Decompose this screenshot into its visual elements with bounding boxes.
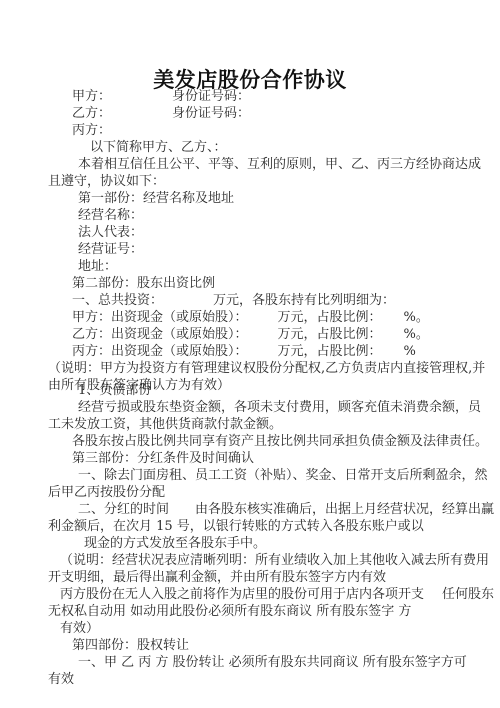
total-investment-unit: 万元，各股东持有比列明细为：: [213, 293, 395, 308]
part1-heading: 第一部份：经营名称及地址: [78, 191, 234, 207]
part3-item2-line-1: 二、分红的时间由各股东核实准确后，出据上月经营状况，经算出赢: [78, 502, 494, 518]
party-yi-id-label: 身份证号码：: [172, 106, 250, 122]
yi-contribution-label: 乙方：出资现金（或原始股）：: [72, 327, 248, 342]
liability-line-3: 各股东按占股比例共同享有资产且按比例共同承担负债金额及法律责任。: [72, 434, 488, 450]
part4-heading: 第四部份：股权转让: [72, 638, 189, 654]
address-label: 地址：: [78, 259, 117, 275]
part3-note-line-1: （说明：经营状况表应清晰列明：所有业绩收入加上其他收入减去所有费用: [60, 553, 489, 569]
part3-item1-line-1: 一、除去门面房租、员工工资（补贴）、奖金、日常开支后所剩盈余，然: [78, 468, 488, 484]
jia-percent: %。: [404, 310, 429, 325]
liability-heading: 1、负债部份: [78, 383, 151, 399]
total-investment-label: 一、总共投资：: [72, 293, 163, 308]
party-jia-id-label: 身份证号码：: [172, 89, 250, 105]
bing-contribution-line: 丙方：出资现金（或原始股）：万元，占股比例：%: [72, 344, 416, 360]
part3-item2-line-3: 现金的方式发放至各股东手中。: [84, 536, 266, 552]
part4-item1-line-2: 有效: [48, 672, 74, 688]
part3-note-line-3: 丙方股份在无人入股之前将作为店里的股份可用于店内各项开支任何股东: [60, 587, 494, 603]
part2-note-line-1: （说明：甲方为投资方有管理建议权股份分配权,乙方负责店内直接管理权,并: [48, 361, 485, 377]
yi-percent: %。: [404, 327, 429, 342]
party-bing-label: 丙方：: [72, 123, 111, 139]
part3-note-line-2: 开支明细，最后得出赢利金额，并由所有股东签字方内有效: [48, 570, 386, 586]
part3-item1-line-2: 后甲乙丙按股份分配: [48, 485, 165, 501]
party-yi-label: 乙方：: [72, 106, 111, 122]
part3-note-line-4: 无权私自动用 如动用此股份必须所有股东商议 所有股东签字 方: [48, 604, 411, 620]
liability-line-2: 工未发放工资，其他供货商款付款金额。: [48, 417, 282, 433]
jia-contribution-label: 甲方：出资现金（或原始股）：: [72, 310, 248, 325]
dividend-time-text: 由各股东核实准确后，出据上月经营状况，经算出赢: [195, 502, 494, 517]
license-number-label: 经营证号：: [78, 242, 143, 258]
bing-contribution-label: 丙方：出资现金（或原始股）：: [72, 344, 248, 359]
part4-item1-line-1: 一、甲 乙 丙 方 股份转让 必须所有股东共同商议 所有股东签字方可: [78, 655, 467, 671]
intro-principle-line-2: 且遵守，协议如下：: [48, 174, 165, 190]
dividend-time-label: 二、分红的时间: [78, 502, 169, 517]
yi-share-label: 万元，占股比例：: [278, 327, 382, 342]
bing-percent: %: [404, 344, 416, 359]
legal-rep-label: 法人代表：: [78, 225, 143, 241]
part3-heading: 第三部份：分红条件及时间确认: [72, 451, 254, 467]
bing-share-usage-any: 任何股东: [442, 587, 494, 602]
jia-share-label: 万元，占股比例：: [278, 310, 382, 325]
party-jia-label: 甲方：: [72, 89, 111, 105]
part3-item2-line-2: 利金额后，在次月 15 号，以银行转账的方式转入各股东账户或以: [48, 519, 424, 535]
jia-contribution-line: 甲方：出资现金（或原始股）：万元，占股比例：%。: [72, 310, 429, 326]
intro-abbreviation: 以下简称甲方、乙方、：: [90, 140, 227, 156]
yi-contribution-line: 乙方：出资现金（或原始股）：万元，占股比例：%。: [72, 327, 429, 343]
part3-note-line-5: 有效）: [60, 621, 99, 637]
liability-line-1: 经营亏损或股东垫资金额，各项未支付费用，顾客充值未消费余额，员: [78, 400, 481, 416]
bing-share-usage-text: 丙方股份在无人入股之前将作为店里的股份可用于店内各项开支: [60, 587, 424, 602]
business-name-label: 经营名称：: [78, 208, 143, 224]
bing-share-label: 万元，占股比例：: [278, 344, 382, 359]
part2-heading: 第二部份：股东出资比例: [72, 276, 215, 292]
total-investment-line: 一、总共投资：万元，各股东持有比列明细为：: [72, 293, 395, 309]
intro-principle-line-1: 本着相互信任且公平、平等、互利的原则，甲、乙、丙三方经协商达成: [78, 157, 481, 173]
